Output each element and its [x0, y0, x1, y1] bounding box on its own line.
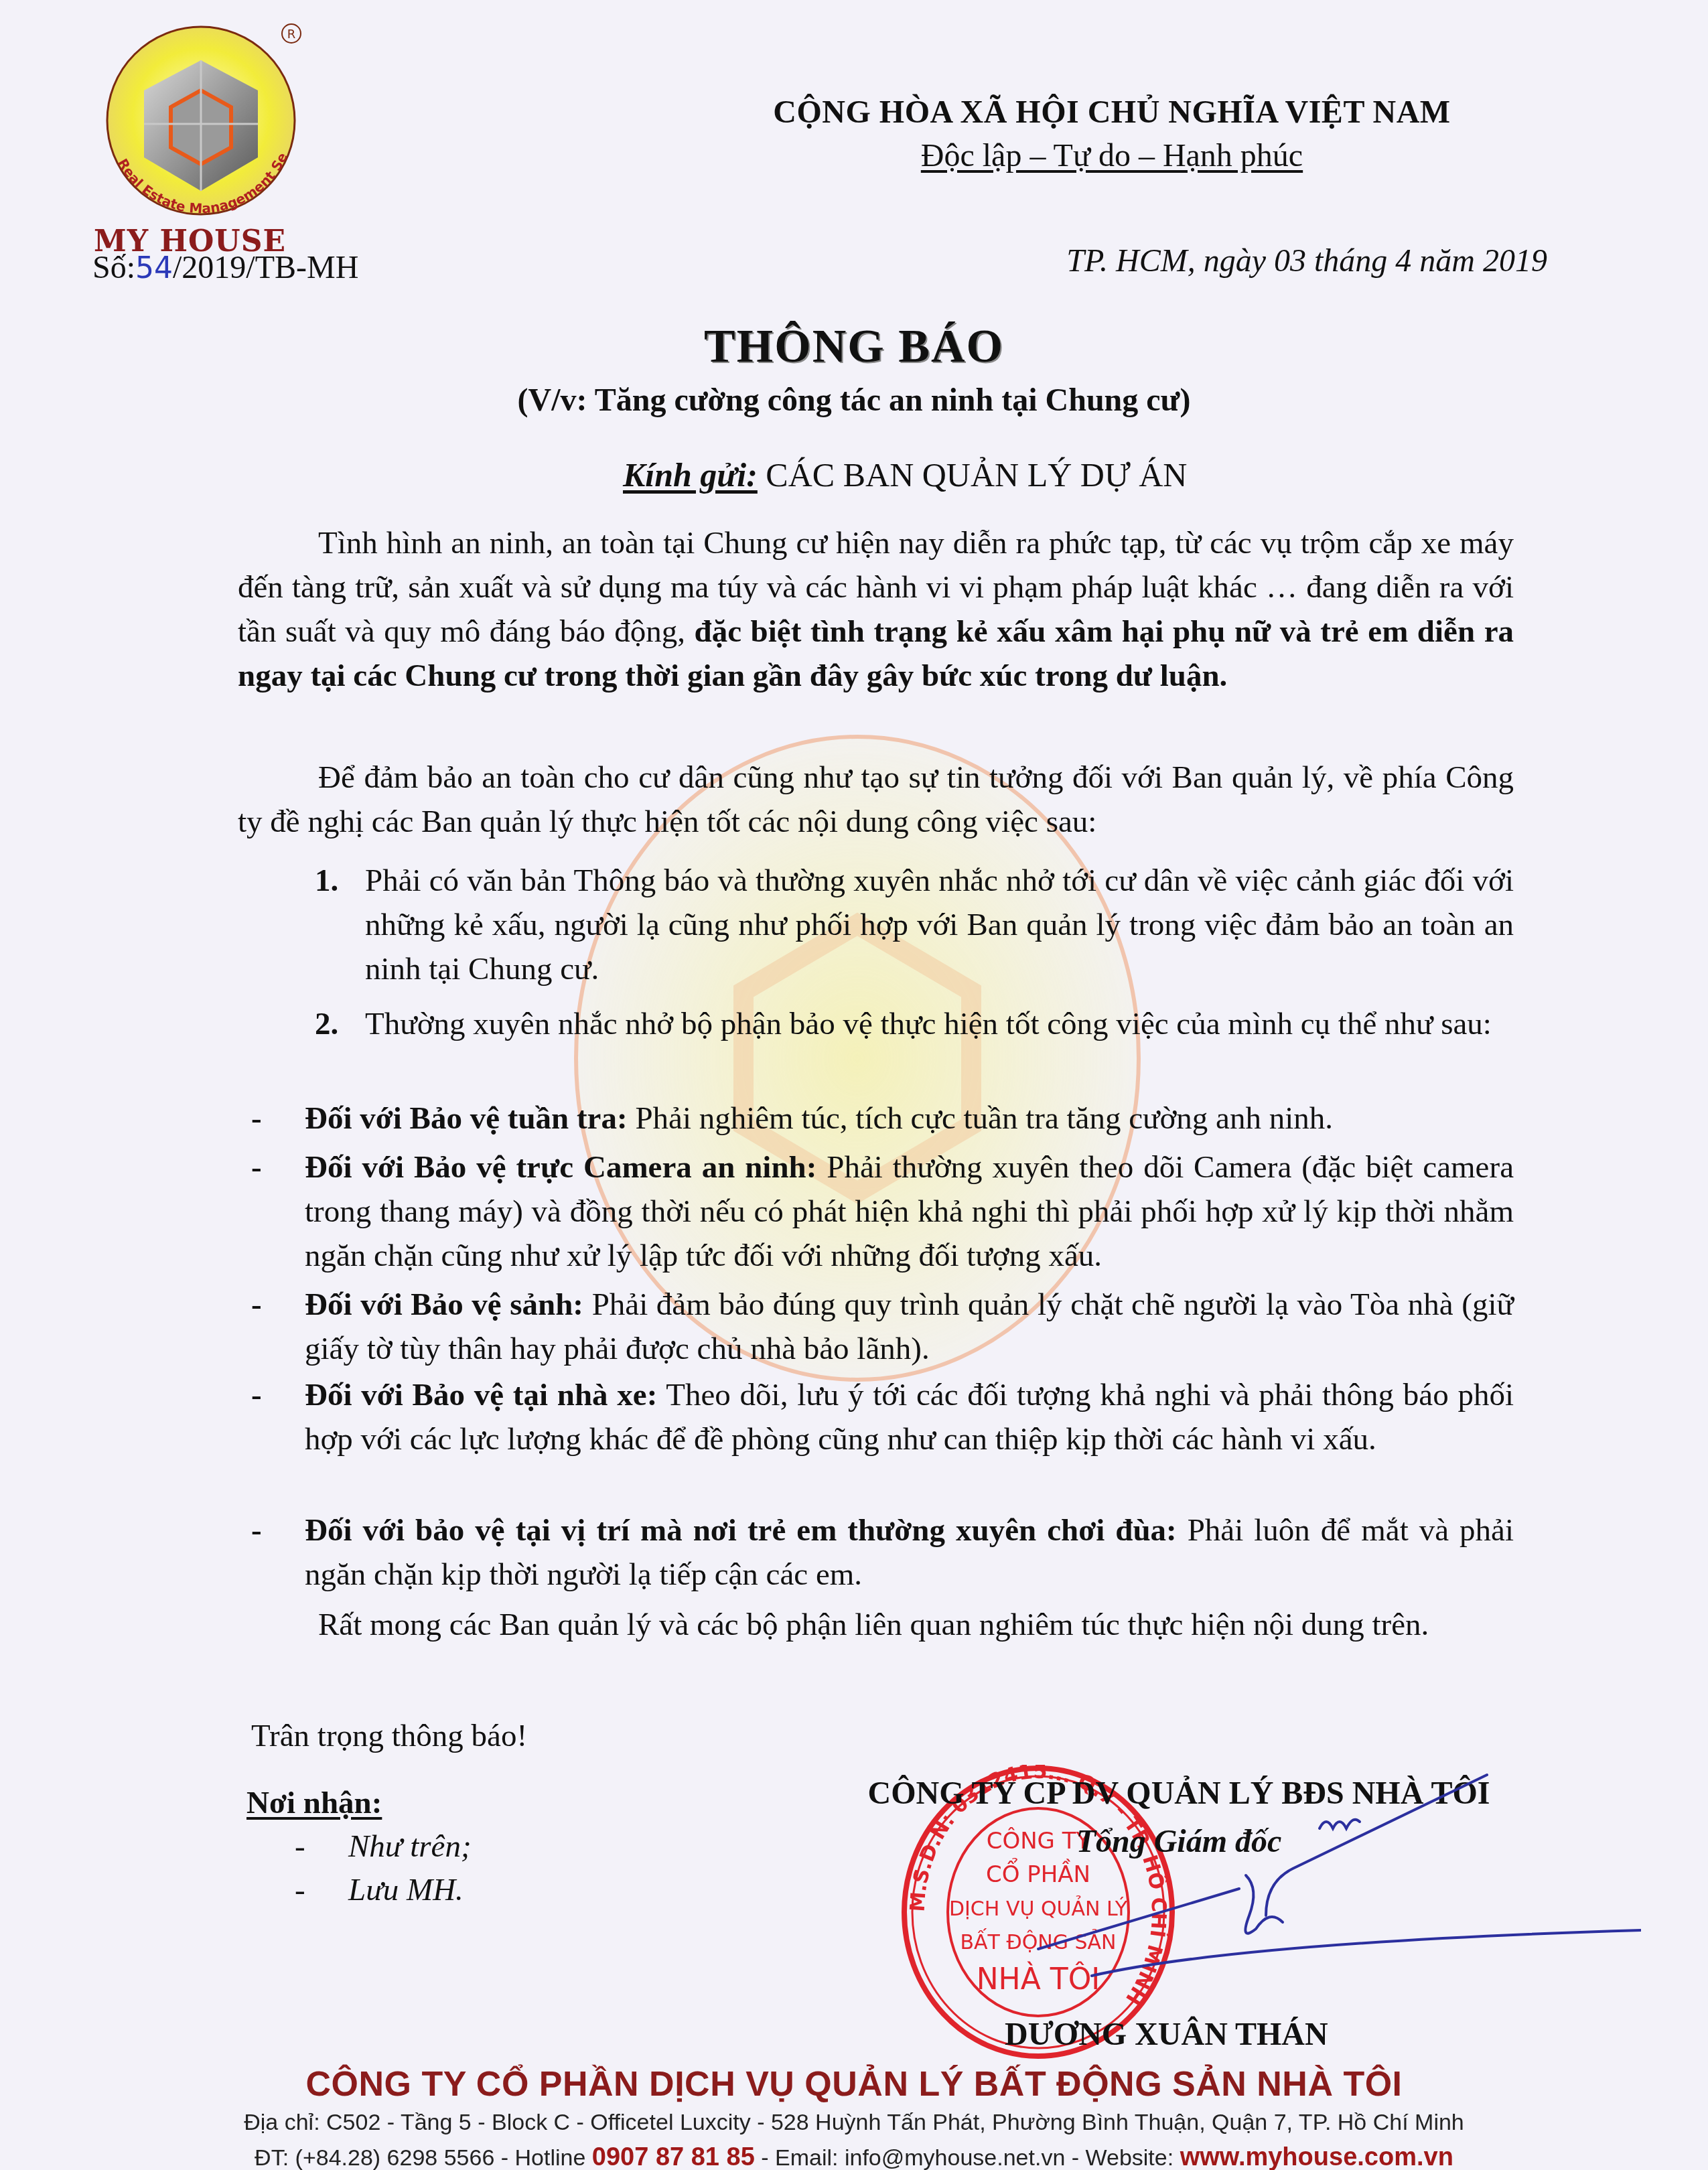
paragraph-request: Để đảm bảo an toàn cho cư dân cũng như t…	[238, 755, 1514, 844]
national-motto-line2: Độc lập – Tự do – Hạnh phúc	[764, 137, 1460, 174]
recipient-value: CÁC BAN QUẢN LÝ DỰ ÁN	[766, 456, 1187, 494]
footer-address: Địa chỉ: C502 - Tầng 5 - Block C - Offic…	[0, 2110, 1708, 2136]
bullet-item-playground: -Đối với bảo vệ tại vị trí mà nơi trẻ em…	[251, 1508, 1514, 1597]
footer-company-name: CÔNG TY CỔ PHẦN DỊCH VỤ QUẢN LÝ BẤT ĐỘNG…	[0, 2064, 1708, 2104]
numbered-item: 1.Phải có văn bản Thông báo và thường xu…	[315, 859, 1514, 991]
document-subject: (V/v: Tăng cường công tác an ninh tại Ch…	[0, 382, 1708, 419]
closing-line: Trân trọng thông báo!	[251, 1718, 527, 1754]
handwritten-signature	[904, 1755, 1641, 2009]
numbered-item: 2.Thường xuyên nhắc nhở bộ phận bảo vệ t…	[315, 1002, 1514, 1046]
bullet-item-patrol: -Đối với Bảo vệ tuần tra: Phải nghiêm tú…	[251, 1096, 1514, 1141]
bullet-item-parking: -Đối với Bảo vệ tại nhà xe: Theo dõi, lư…	[251, 1373, 1514, 1461]
date-line: TP. HCM, ngày 03 tháng 4 năm 2019	[1066, 242, 1547, 279]
company-logo: Real Estate Management Service R	[80, 13, 322, 241]
signer-name: DƯƠNG XUÂN THÁN	[1005, 2016, 1328, 2053]
recipient-item: -Lưu MH.	[295, 1872, 464, 1908]
handwritten-number: 54	[135, 251, 173, 285]
bullet-item-lobby: -Đối với Bảo vệ sảnh: Phải đảm bảo đúng …	[251, 1283, 1514, 1371]
document-title: THÔNG BÁO	[0, 320, 1708, 374]
document-number: Số:54/2019/TB-MH	[92, 249, 358, 286]
recipient-line: Kính gửi: CÁC BAN QUẢN LÝ DỰ ÁN	[623, 455, 1187, 494]
paragraph-situation: Tình hình an ninh, an toàn tại Chung cư …	[238, 521, 1514, 698]
recipients-title: Nơi nhận:	[246, 1785, 382, 1821]
footer-hotline: 0907 87 81 85	[592, 2143, 755, 2170]
national-motto-line1: CỘNG HÒA XÃ HỘI CHỦ NGHĨA VIỆT NAM	[764, 94, 1460, 131]
recipient-label: Kính gửi:	[623, 456, 758, 494]
svg-text:R: R	[287, 27, 296, 42]
footer-contact: ĐT: (+84.28) 6298 5566 - Hotline 0907 87…	[0, 2143, 1708, 2170]
paragraph-closing-request: Rất mong các Ban quản lý và các bộ phận …	[238, 1603, 1514, 1647]
recipient-item: -Như trên;	[295, 1828, 472, 1865]
national-header: CỘNG HÒA XÃ HỘI CHỦ NGHĨA VIỆT NAM Độc l…	[764, 94, 1460, 174]
footer-website-link[interactable]: www.myhouse.com.vn	[1180, 2143, 1453, 2170]
bullet-item-camera: -Đối với Bảo vệ trực Camera an ninh: Phả…	[251, 1145, 1514, 1278]
